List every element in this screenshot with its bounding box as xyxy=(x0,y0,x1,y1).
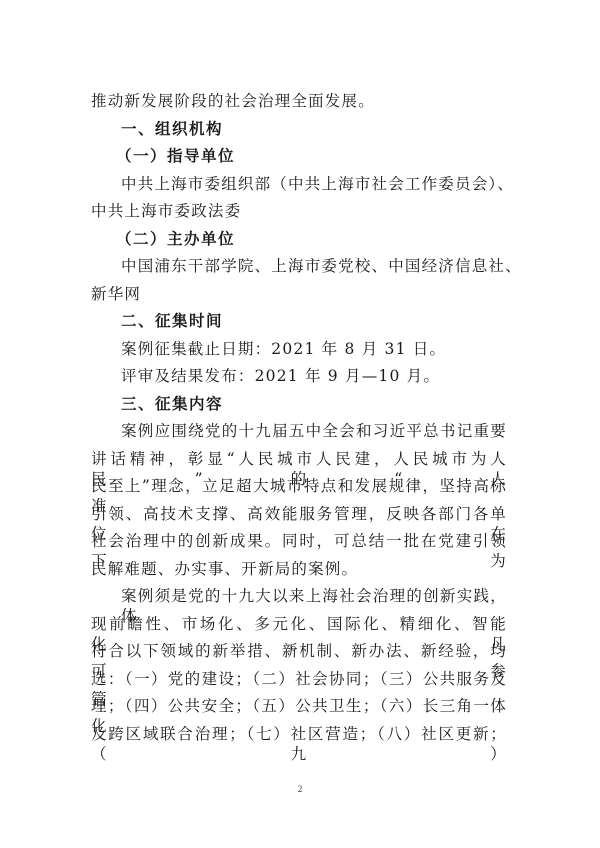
section-heading-time: 二、征集时间 xyxy=(121,311,539,331)
page-number: 2 xyxy=(0,784,600,794)
subheading-guiding-unit: （一）指导单位 xyxy=(116,146,534,166)
body-text-line: 民解难题、办实事、开新局的案例。 xyxy=(91,559,509,579)
section-heading-organization: 一、组织机构 xyxy=(121,119,539,139)
body-text-line: 推动新发展阶段的社会治理全面发展。 xyxy=(91,91,509,111)
body-text-line: 新华网 xyxy=(91,284,509,304)
body-text-line: 评审及结果发布：2021 年 9 月—10 月。 xyxy=(121,366,539,386)
body-text-line: 中共上海市委政法委 xyxy=(91,201,509,221)
body-text-line: 中共上海市委组织部（中共上海市社会工作委员会）、 xyxy=(121,174,511,194)
body-text-line: 案例征集截止日期：2021 年 8 月 31 日。 xyxy=(121,339,539,359)
body-text-line: 及跨区域联合治理；（七）社区营造；（八）社区更新；（九） xyxy=(91,724,507,764)
subheading-host-unit: （二）主办单位 xyxy=(116,229,534,249)
body-text-line: 中国浦东干部学院、上海市委党校、中国经济信息社、 xyxy=(121,256,511,276)
document-page: 推动新发展阶段的社会治理全面发展。 一、组织机构 （一）指导单位 中共上海市委组… xyxy=(0,0,600,848)
section-heading-content: 三、征集内容 xyxy=(121,394,539,414)
body-text-line: 案例应围绕党的十九届五中全会和习近平总书记重要 xyxy=(121,421,507,441)
